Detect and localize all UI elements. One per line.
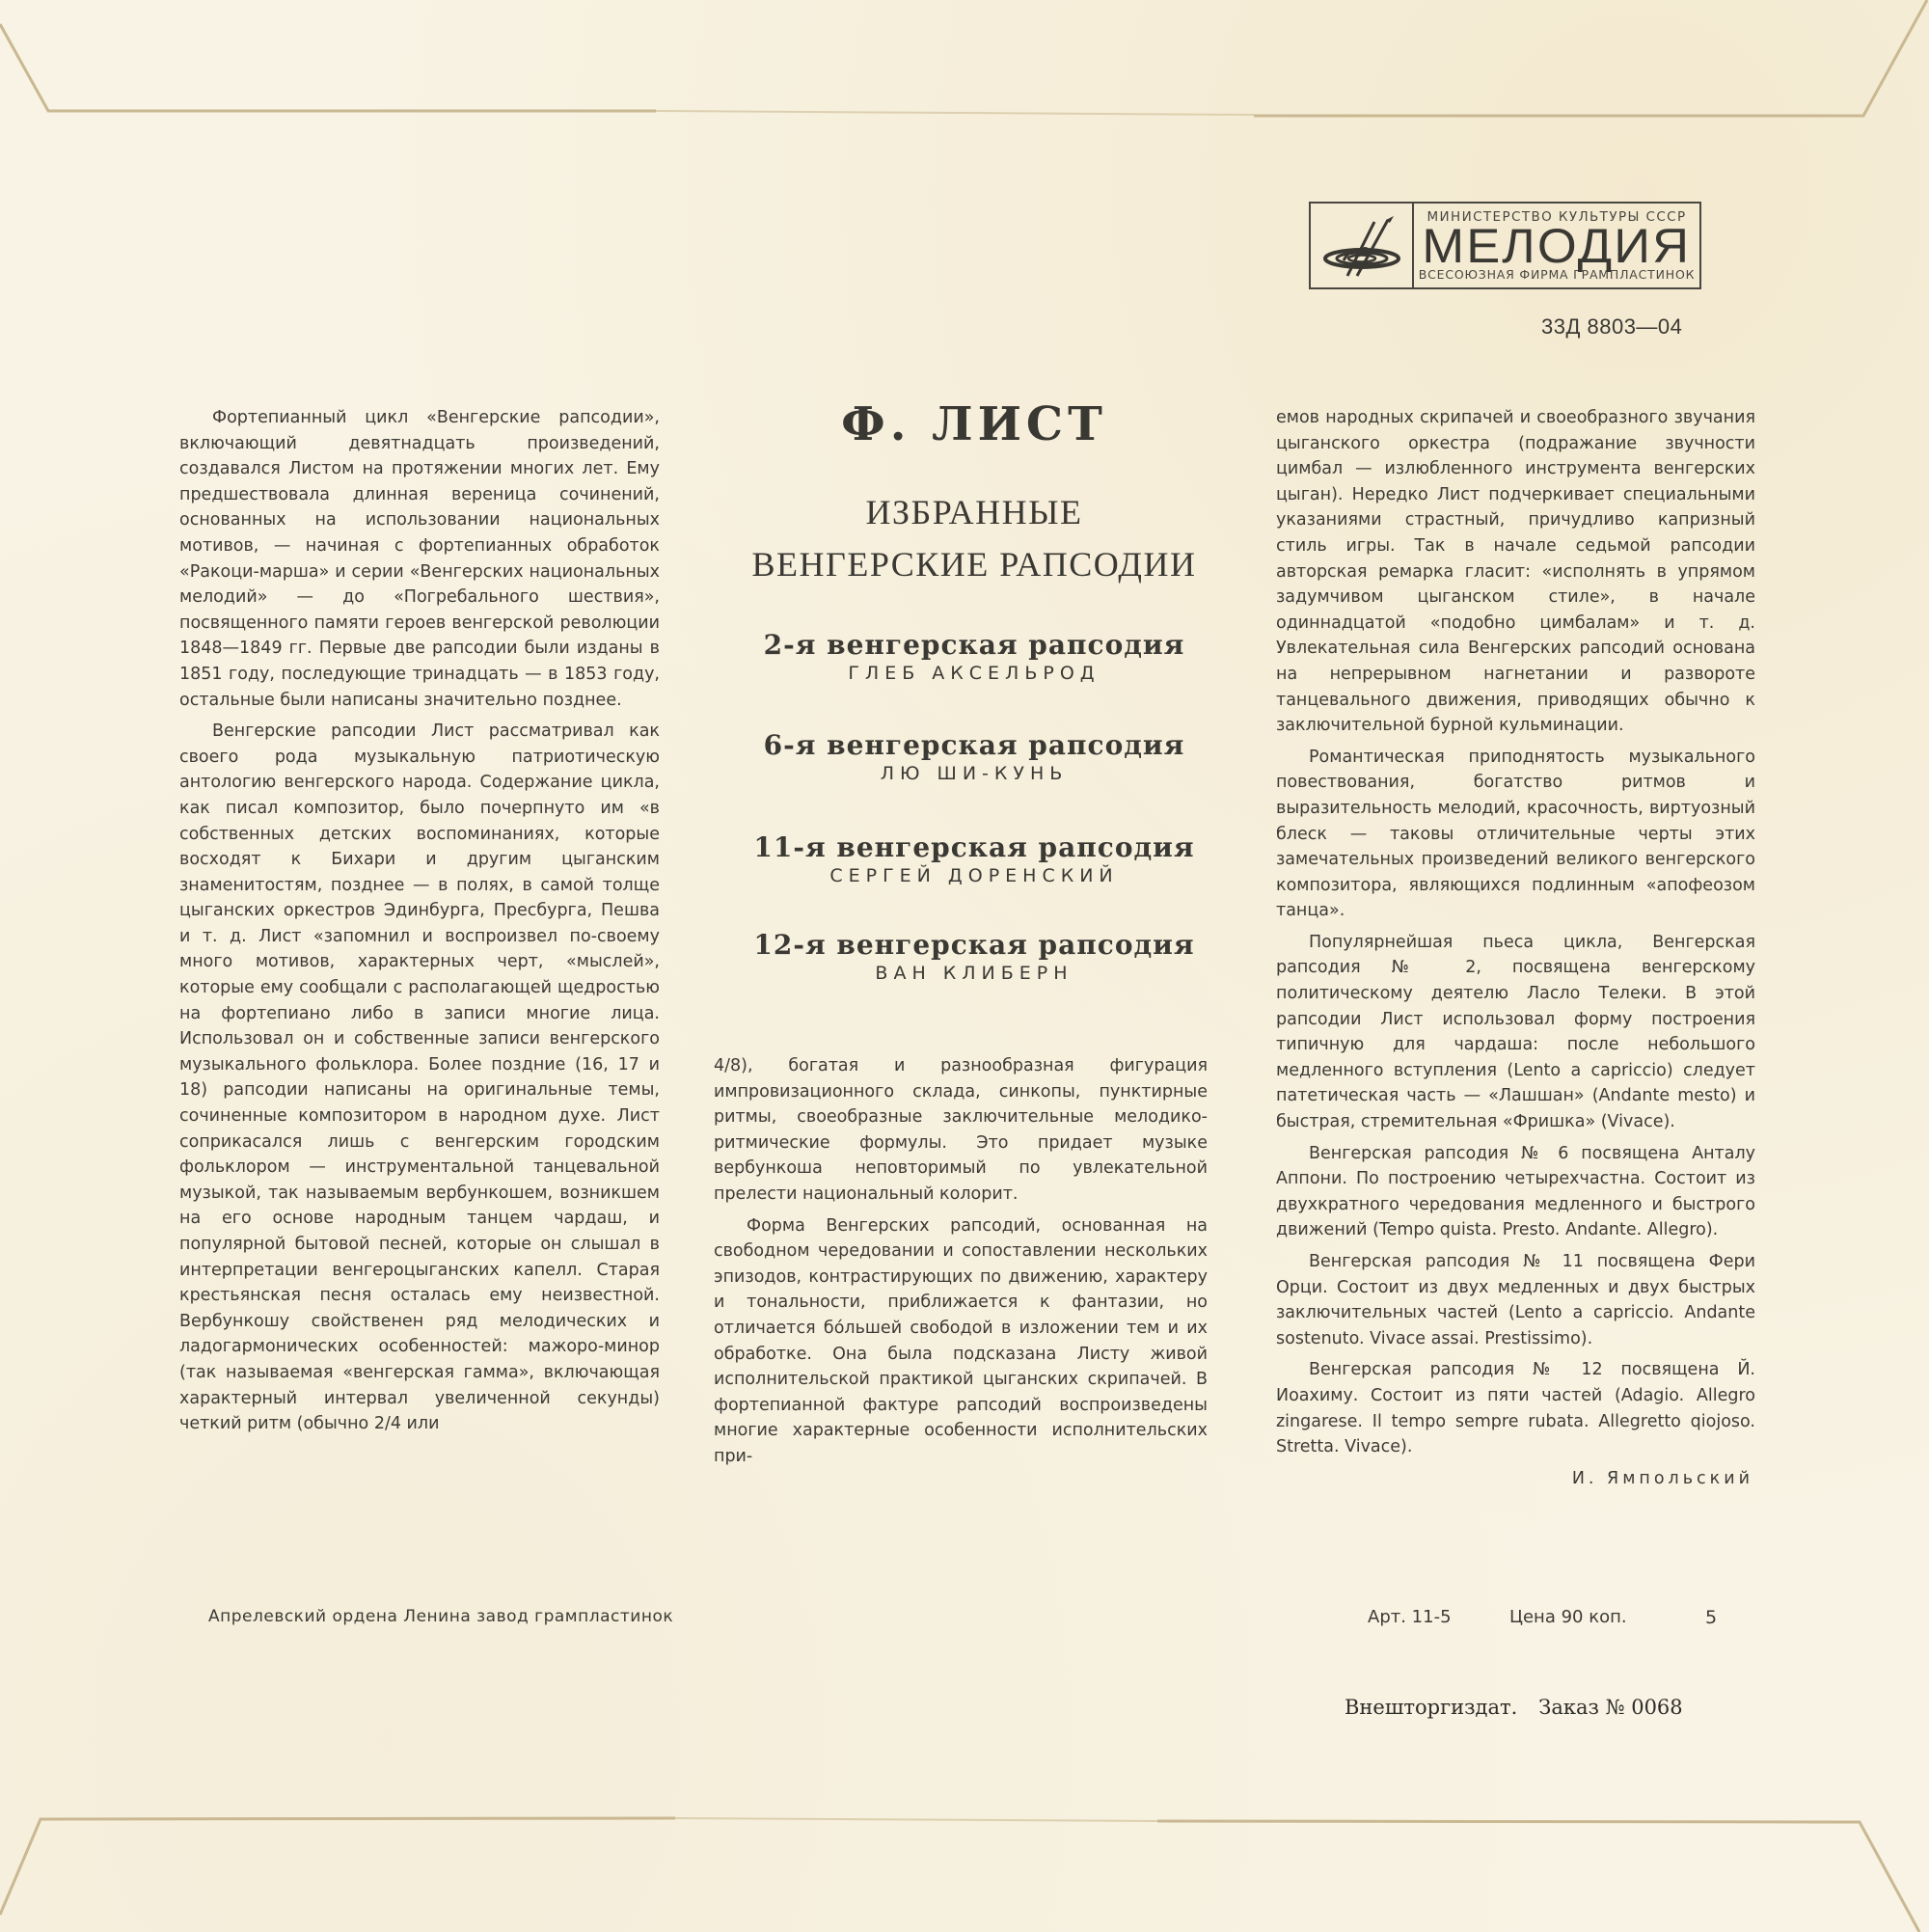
paragraph: Романтическая приподнятость музыкального… xyxy=(1276,745,1755,924)
paragraph: Венгерская рапсодия № 11 посвящена Фери … xyxy=(1276,1249,1755,1351)
top-right-flap-edge xyxy=(1254,0,1927,116)
track-list-item: 11-я венгерская рапсодия СЕРГЕЙ ДОРЕНСКИ… xyxy=(714,831,1235,887)
composer-name: Ф. ЛИСТ xyxy=(714,397,1235,451)
liner-notes-right-column: емов народных скрипачей и своеобразного … xyxy=(1276,405,1755,1491)
paragraph: Фортепианный цикл «Венгерские рапсодии»,… xyxy=(179,405,660,713)
paragraph: Венгерские рапсодии Лист рассматривал ка… xyxy=(179,719,660,1437)
price: Цена 90 коп. xyxy=(1509,1607,1627,1627)
album-subtitle: ИЗБРАННЫЕ ВЕНГЕРСКИЕ РАПСОДИИ xyxy=(714,486,1235,590)
paragraph: Популярнейшая пьеса цикла, Венгерская ра… xyxy=(1276,930,1755,1135)
article-number: Арт. 11-5 xyxy=(1368,1607,1452,1627)
track-list-item: 6-я венгерская рапсодия ЛЮ ШИ-КУНЬ xyxy=(714,729,1235,785)
subtitle-line-2: ВЕНГЕРСКИЕ РАПСОДИИ xyxy=(714,538,1235,590)
author-signature: И. Ямпольский xyxy=(1276,1466,1755,1492)
track-performer: СЕРГЕЙ ДОРЕНСКИЙ xyxy=(714,864,1235,887)
bottom-right-flap-edge xyxy=(1157,1821,1919,1932)
paragraph: емов народных скрипачей и своеобразного … xyxy=(1276,405,1755,739)
order-number: Заказ № 0068 xyxy=(1538,1696,1682,1719)
paragraph: 4/8), богатая и разнообразная фигурация … xyxy=(714,1053,1208,1208)
liner-notes-middle-column: 4/8), богатая и разнообразная фигурация … xyxy=(714,1053,1208,1476)
track-performer: ЛЮ ШИ-КУНЬ xyxy=(714,762,1235,785)
paragraph: Венгерская рапсодия № 6 посвящена Анталу… xyxy=(1276,1141,1755,1243)
publisher-order: Внешторгиздат.Заказ № 0068 xyxy=(1345,1696,1683,1719)
top-left-flap-edge xyxy=(0,24,656,111)
track-title: 12-я венгерская рапсодия xyxy=(714,929,1235,962)
paragraph: Форма Венгерских рапсодий, основанная на… xyxy=(714,1213,1208,1470)
side-number: 5 xyxy=(1705,1607,1717,1628)
track-title: 11-я венгерская рапсодия xyxy=(714,831,1235,864)
factory-name: Апрелевский ордена Ленина завод грамплас… xyxy=(208,1607,673,1626)
publisher-name: Внешторгиздат. xyxy=(1345,1696,1517,1719)
track-performer: ВАН КЛИБЕРН xyxy=(714,962,1235,985)
track-title: 6-я венгерская рапсодия xyxy=(714,729,1235,762)
catalog-number: 33Д 8803—04 xyxy=(1541,314,1682,340)
liner-notes-left-column: Фортепианный цикл «Венгерские рапсодии»,… xyxy=(179,405,660,1443)
paragraph: Венгерская рапсодия № 12 посвящена Й. Ио… xyxy=(1276,1357,1755,1459)
melodiya-logo: МИНИСТЕРСТВО КУЛЬТУРЫ СССР МЕЛОДИЯ ВСЕСО… xyxy=(1309,202,1701,289)
track-performer: ГЛЕБ АКСЕЛЬРОД xyxy=(714,662,1235,685)
track-list-item: 12-я венгерская рапсодия ВАН КЛИБЕРН xyxy=(714,929,1235,985)
track-list-item: 2-я венгерская рапсодия ГЛЕБ АКСЕЛЬРОД xyxy=(714,629,1235,685)
subtitle-line-1: ИЗБРАННЫЕ xyxy=(714,486,1235,538)
bottom-left-flap-edge xyxy=(0,1818,675,1915)
melodiya-logo-icon xyxy=(1311,204,1414,287)
track-title: 2-я венгерская рапсодия xyxy=(714,629,1235,662)
logo-brand-text: МЕЛОДИЯ xyxy=(1423,225,1692,267)
